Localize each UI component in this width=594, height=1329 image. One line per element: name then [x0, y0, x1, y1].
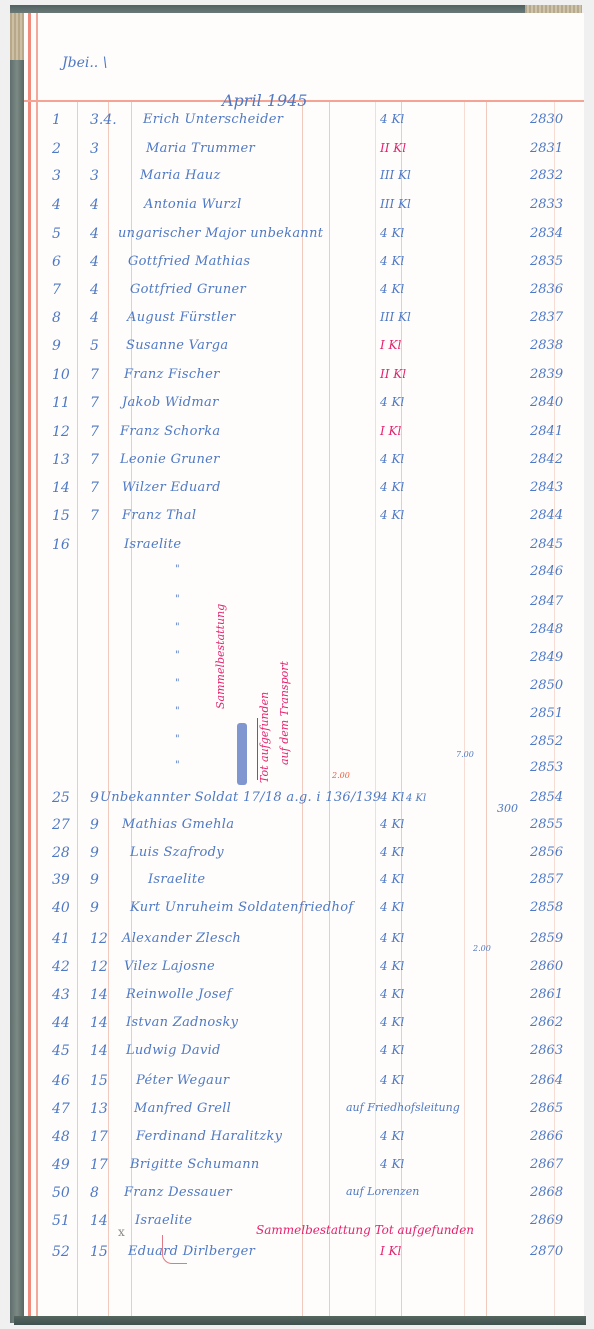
book-top-edge	[10, 5, 582, 13]
entry-number: 50	[52, 1185, 70, 1201]
entry-name: Israelite	[135, 1213, 192, 1228]
register-number: 2830	[530, 112, 563, 127]
entry-class: III Kl	[380, 168, 411, 182]
entry-class: 4 Kl	[380, 987, 404, 1001]
margin-rule	[28, 13, 31, 1316]
entry-name: Maria Trummer	[146, 141, 255, 156]
entry-day: 4	[90, 282, 99, 298]
small-mark: 7.00	[456, 750, 474, 759]
register-number: 2841	[530, 424, 563, 439]
register-number: 2870	[530, 1244, 563, 1259]
entry-number: 12	[52, 424, 70, 440]
entry-name: Leonie Gruner	[120, 452, 220, 467]
entry-class: I Kl	[380, 424, 401, 438]
register-number: 2857	[530, 872, 563, 887]
entry-number: 1	[52, 112, 61, 128]
register-number: 2853	[530, 760, 563, 775]
entry-class: 4 Kl	[380, 790, 404, 804]
entry-name: Reinwolle Josef	[126, 987, 232, 1002]
column-rule	[329, 102, 330, 1316]
register-number: 2868	[530, 1185, 563, 1200]
entry-class: 4 Kl	[380, 282, 404, 296]
column-rule	[464, 102, 465, 1316]
register-number: 2861	[530, 987, 563, 1002]
entry-number: 39	[52, 872, 70, 888]
entry-day: 9	[90, 872, 99, 888]
entry-number: 5	[52, 226, 61, 242]
entry-number: 41	[52, 931, 70, 947]
entry-day: 7	[90, 452, 99, 468]
register-number: 2864	[530, 1073, 563, 1088]
register-number: 2846	[530, 564, 563, 579]
entry-day: 7	[90, 367, 99, 383]
entry-name: Franz Thal	[122, 508, 196, 523]
column-rule	[108, 102, 109, 1316]
register-number: 2852	[530, 734, 563, 749]
small-mark: 2.00	[332, 771, 350, 780]
entry-name: Franz Fischer	[124, 367, 220, 382]
ditto-mark: "	[175, 678, 180, 689]
entry-class: I Kl	[380, 338, 401, 352]
entry-class: 4 Kl	[380, 931, 404, 945]
entry-name: Erich Unterscheider	[143, 112, 283, 127]
entry-name: Israelite	[124, 537, 181, 552]
register-number: 2854	[530, 790, 563, 805]
entry-name: Péter Wegaur	[136, 1073, 229, 1088]
register-number: 2833	[530, 197, 563, 212]
entry-name: Istvan Zadnosky	[126, 1015, 238, 1030]
entry-day: 4	[90, 226, 99, 242]
register-number: 2865	[530, 1101, 563, 1116]
entry-class: 4 Kl	[380, 1073, 404, 1087]
entry-day: 3.4.	[90, 112, 117, 128]
entry-number: 8	[52, 310, 61, 326]
register-number: 2862	[530, 1015, 563, 1030]
entry-day: 17	[90, 1129, 108, 1145]
ditto-mark: "	[175, 564, 180, 575]
ditto-mark: "	[175, 706, 180, 717]
register-number: 2831	[530, 141, 563, 156]
entry-day: 15	[90, 1244, 108, 1260]
entry-class: III Kl	[380, 197, 411, 211]
entry-class: auf Lorenzen	[346, 1185, 419, 1198]
entry-name: Vilez Lajosne	[124, 959, 215, 974]
register-number: 2847	[530, 594, 563, 609]
register-number: 2850	[530, 678, 563, 693]
ledger-page: Jbei.. \ April 1945 13.4.Erich Untersche…	[24, 13, 584, 1316]
vertical-note-1: Sammelbestattung	[214, 604, 227, 709]
register-number: 2842	[530, 452, 563, 467]
register-number: 2855	[530, 817, 563, 832]
register-number: 2840	[530, 395, 563, 410]
register-number: 2863	[530, 1043, 563, 1058]
register-number: 2834	[530, 226, 563, 241]
column-rule	[375, 102, 376, 1316]
entry-number: 4	[52, 197, 61, 213]
entry-name: Franz Schorka	[120, 424, 220, 439]
entry-number: 6	[52, 254, 61, 270]
book-binding	[10, 5, 24, 1323]
register-number: 2839	[530, 367, 563, 382]
entry-number: 40	[52, 900, 70, 916]
entry-number: 13	[52, 452, 70, 468]
entry-number: 46	[52, 1073, 70, 1089]
entry-day: 9	[90, 817, 99, 833]
entry-name: Gottfried Mathias	[128, 254, 250, 269]
register-number: 2859	[530, 931, 563, 946]
entry-day: 5	[90, 338, 99, 354]
entry-number: 11	[52, 395, 70, 411]
entry-number: 7	[52, 282, 61, 298]
entry-day: 8	[90, 1185, 99, 1201]
entry-class: 4 Kl	[380, 112, 404, 126]
entry-day: 9	[90, 845, 99, 861]
entry-class: 4 Kl	[380, 959, 404, 973]
entry-class: II Kl	[380, 141, 406, 155]
register-number: 2851	[530, 706, 563, 721]
entry-name: Luis Szafrody	[130, 845, 224, 860]
entry-day: 14	[90, 1213, 108, 1229]
entry-class: 4 Kl	[380, 1129, 404, 1143]
entry-name: Franz Dessauer	[124, 1185, 232, 1200]
register-number: 2856	[530, 845, 563, 860]
entry-class: 4 Kl	[380, 817, 404, 831]
entry-name: Unbekannter Soldat 17/18 a.g. i 136/139	[100, 790, 381, 805]
register-number: 2844	[530, 508, 563, 523]
register-number: 2832	[530, 168, 563, 183]
entry-name: Manfred Grell	[134, 1101, 231, 1116]
entry-class: 4 Kl	[380, 480, 404, 494]
bracket-mark	[162, 1235, 187, 1264]
entry-name: Antonia Wurzl	[144, 197, 242, 212]
entry-day: 4	[90, 310, 99, 326]
entry-number: 42	[52, 959, 70, 975]
entry-day: 9	[90, 790, 99, 806]
entry-class: 4 Kl	[380, 395, 404, 409]
entry-day: 7	[90, 424, 99, 440]
register-number: 2869	[530, 1213, 563, 1228]
entry-class: II Kl	[380, 367, 406, 381]
entry-day: 4	[90, 254, 99, 270]
entry-number: 15	[52, 508, 70, 524]
entry-class: auf Friedhofsleitung	[346, 1101, 460, 1114]
entry-class: 4 Kl	[380, 900, 404, 914]
register-number: 2858	[530, 900, 563, 915]
entry-number: 49	[52, 1157, 70, 1173]
entry-name: ungarischer Major unbekannt	[118, 226, 323, 241]
entry-day: 7	[90, 508, 99, 524]
entry-class: 4 Kl	[380, 1043, 404, 1057]
entry-day: 17	[90, 1157, 108, 1173]
register-number: 2837	[530, 310, 563, 325]
row25-class-above: 4 Kl	[406, 793, 426, 804]
entry-class: 4 Kl	[380, 254, 404, 268]
entry-class: 4 Kl	[380, 872, 404, 886]
register-number: 2845	[530, 537, 563, 552]
entry-day: 15	[90, 1073, 108, 1089]
vertical-note-3: auf dem Transport	[278, 661, 291, 765]
register-number: 2867	[530, 1157, 563, 1172]
ditto-mark: "	[175, 760, 180, 771]
entry-class: 4 Kl	[380, 508, 404, 522]
entry-name: Israelite	[148, 872, 205, 887]
entry-class: III Kl	[380, 310, 411, 324]
register-number: 2849	[530, 650, 563, 665]
entry-name: Maria Hauz	[140, 168, 221, 183]
entry-name: August Fürstler	[127, 310, 236, 325]
entry-number: 47	[52, 1101, 70, 1117]
entry-name: Susanne Varga	[126, 338, 228, 353]
entry-day: 12	[90, 931, 108, 947]
small-mark: 2.00	[473, 944, 491, 953]
corner-note: Jbei.. \	[62, 55, 107, 71]
entry-number: 2	[52, 141, 61, 157]
ditto-mark: "	[175, 734, 180, 745]
entry-number: 45	[52, 1043, 70, 1059]
entry-number: 52	[52, 1244, 70, 1260]
entry-day: 4	[90, 197, 99, 213]
book-top-edge-corner	[525, 5, 582, 13]
entry-number: 3	[52, 168, 61, 184]
margin-rule	[36, 13, 38, 1316]
register-number: 2836	[530, 282, 563, 297]
entry-day: 14	[90, 1043, 108, 1059]
entry-day: 7	[90, 395, 99, 411]
entry-name: Ferdinand Haralitzky	[136, 1129, 282, 1144]
column-rule	[77, 102, 78, 1316]
register-number: 2838	[530, 338, 563, 353]
entry-number: 48	[52, 1129, 70, 1145]
register-number: 2866	[530, 1129, 563, 1144]
register-number: 2848	[530, 622, 563, 637]
entry-day: 13	[90, 1101, 108, 1117]
book-bottom-edge	[14, 1316, 586, 1325]
entry-class: 4 Kl	[380, 226, 404, 240]
register-number: 2835	[530, 254, 563, 269]
entry-name: Jakob Widmar	[122, 395, 219, 410]
month-heading: April 1945	[222, 91, 307, 110]
row51-note: Sammelbestattung Tot aufgefunden	[256, 1223, 474, 1237]
entry-number: 51	[52, 1213, 70, 1229]
entry-number: 43	[52, 987, 70, 1003]
entry-name: Alexander Zlesch	[122, 931, 241, 946]
entry-number: 16	[52, 537, 70, 553]
entry-name: Gottfried Gruner	[130, 282, 246, 297]
vertical-note-2: Tot aufgefunden	[258, 692, 271, 783]
entry-name: Wilzer Eduard	[122, 480, 221, 495]
row51-mark: x	[118, 1225, 125, 1239]
ditto-mark: "	[175, 622, 180, 633]
entry-number: 25	[52, 790, 70, 806]
entry-number: 9	[52, 338, 61, 354]
ditto-mark: "	[175, 594, 180, 605]
entry-number: 14	[52, 480, 70, 496]
entry-class: 4 Kl	[380, 1015, 404, 1029]
entry-name: Eduard Dirlberger	[128, 1244, 255, 1259]
register-number: 2860	[530, 959, 563, 974]
scratched-out-word	[237, 723, 247, 785]
entry-name: Ludwig David	[126, 1043, 221, 1058]
entry-day: 9	[90, 900, 99, 916]
entry-number: 44	[52, 1015, 70, 1031]
entry-class: I Kl	[380, 1244, 401, 1258]
entry-day: 3	[90, 141, 99, 157]
row25-extra: 300	[497, 802, 518, 815]
entry-class: 4 Kl	[380, 1157, 404, 1171]
entry-number: 10	[52, 367, 70, 383]
entry-day: 7	[90, 480, 99, 496]
column-rule	[302, 102, 303, 1316]
entry-day: 12	[90, 959, 108, 975]
entry-day: 3	[90, 168, 99, 184]
register-number: 2843	[530, 480, 563, 495]
entry-number: 28	[52, 845, 70, 861]
entry-class: 4 Kl	[380, 452, 404, 466]
entry-name: Mathias Gmehla	[122, 817, 234, 832]
entry-name: Brigitte Schumann	[130, 1157, 260, 1172]
ditto-mark: "	[175, 650, 180, 661]
entry-day: 14	[90, 1015, 108, 1031]
column-rule	[486, 102, 487, 1316]
entry-number: 27	[52, 817, 70, 833]
entry-class: 4 Kl	[380, 845, 404, 859]
entry-name: Kurt Unruheim Soldatenfriedhof	[130, 900, 353, 915]
entry-day: 14	[90, 987, 108, 1003]
